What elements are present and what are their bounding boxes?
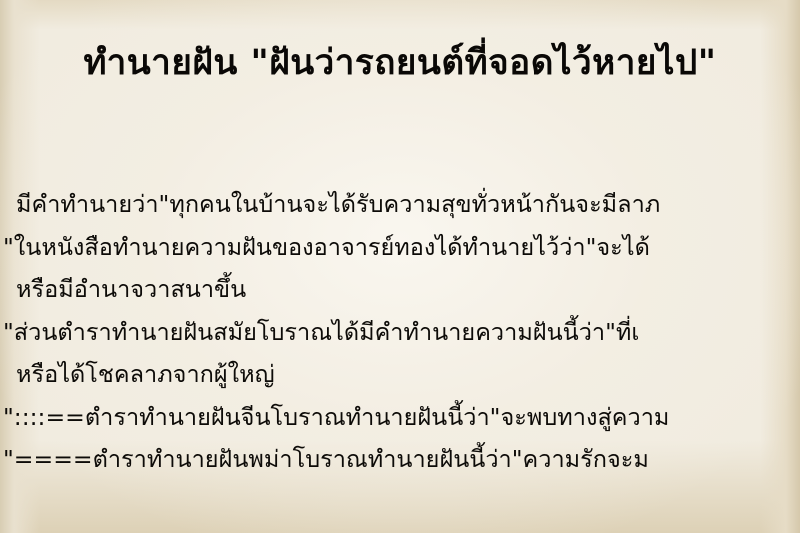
interpretation-line-6: "::::==ตำราทำนายฝันจีนโบราณทำนายฝันนี้ว่…: [0, 396, 800, 439]
interpretation-line-8: [0, 481, 800, 524]
interpretation-line-3: หรือมีอำนาจวาสนาขึ้น: [0, 268, 800, 311]
interpretation-line-4: "ส่วนตำราทำนายฝันสมัยโบราณได้มีคำทำนายคว…: [0, 311, 800, 354]
interpretation-line-2: "ในหนังสือทำนายความฝันของอาจารย์ทองได้ทำ…: [0, 226, 800, 269]
interpretation-line-1: มีคำทำนายว่า"ทุกคนในบ้านจะได้รับความสุขท…: [0, 183, 800, 226]
dream-interpretation-page: ทำนายฝัน "ฝันว่ารถยนต์ที่จอดไว้หายไป" มี…: [0, 0, 800, 533]
page-title: ทำนายฝัน "ฝันว่ารถยนต์ที่จอดไว้หายไป": [0, 37, 800, 89]
interpretation-body: มีคำทำนายว่า"ทุกคนในบ้านจะได้รับความสุขท…: [0, 183, 800, 523]
interpretation-line-7: "====ตำราทำนายฝันพม่าโบราณทำนายฝันนี้ว่า…: [0, 438, 800, 481]
interpretation-line-5: หรือได้โชคลาภจากผู้ใหญ่: [0, 353, 800, 396]
